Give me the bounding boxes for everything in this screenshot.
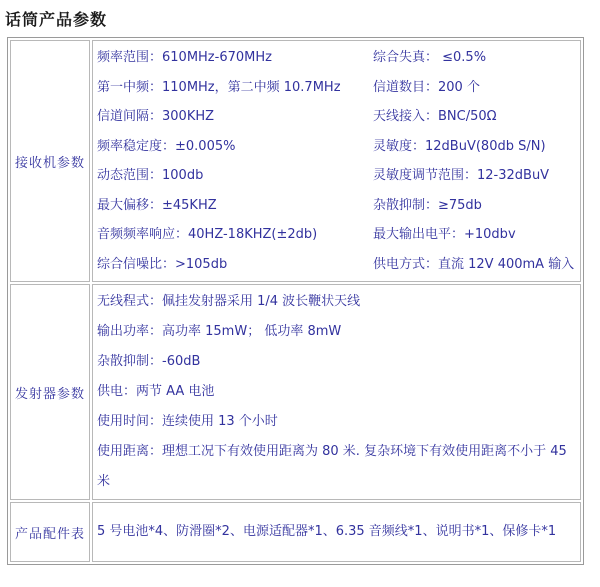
page-title: 话筒产品参数 — [0, 0, 600, 30]
spec-usage-distance: 使用距离：理想工况下有效使用距离为 80 米. 复杂环境下有效使用距离不小于 4… — [97, 437, 576, 497]
receiver-specs-left-column: 频率范围：610MHz-670MHz 第一中频：110MHz，第二中频 10.7… — [97, 43, 373, 279]
spec-signal-noise-ratio: 综合信噪比：>105db — [97, 250, 373, 280]
spec-total-distortion: 综合失真： ≤0.5% — [373, 43, 576, 73]
spec-frequency-stability: 频率稳定度：±0.005% — [97, 132, 373, 162]
spec-max-output-level: 最大输出电平：+10dbv — [373, 220, 576, 250]
transmitter-row-label: 发射器参数 — [10, 284, 90, 500]
transmitter-specs-cell: 无线程式：佩挂发射器采用 1/4 波长鞭状天线 输出功率：高功率 15mW； 低… — [92, 284, 581, 500]
spec-frequency-range: 频率范围：610MHz-670MHz — [97, 43, 373, 73]
spec-channel-spacing: 信道间隔：300KHZ — [97, 102, 373, 132]
spec-sensitivity: 灵敏度：12dBuV(80db S/N) — [373, 132, 576, 162]
spec-tx-spurious-rejection: 杂散抑制：-60dB — [97, 347, 576, 377]
spec-tx-power-supply: 供电：两节 AA 电池 — [97, 377, 576, 407]
accessories-row-label: 产品配件表 — [10, 502, 90, 562]
accessories-list: 5 号电池*4、防滑圈*2、电源适配器*1、6.35 音频线*1、说明书*1、保… — [97, 517, 576, 547]
receiver-specs-right-column: 综合失真： ≤0.5% 信道数目：200 个 天线接入：BNC/50Ω 灵敏度：… — [373, 43, 576, 279]
spec-dynamic-range: 动态范围：100db — [97, 161, 373, 191]
spec-wireless-mode: 无线程式：佩挂发射器采用 1/4 波长鞭状天线 — [97, 287, 576, 317]
spec-intermediate-frequency: 第一中频：110MHz，第二中频 10.7MHz — [97, 73, 373, 103]
spec-usage-time: 使用时间：连续使用 13 个小时 — [97, 407, 576, 437]
product-spec-table: 接收机参数 频率范围：610MHz-670MHz 第一中频：110MHz，第二中… — [7, 37, 584, 565]
receiver-row-label: 接收机参数 — [10, 40, 90, 282]
accessories-cell: 5 号电池*4、防滑圈*2、电源适配器*1、6.35 音频线*1、说明书*1、保… — [92, 502, 581, 562]
transmitter-row: 发射器参数 无线程式：佩挂发射器采用 1/4 波长鞭状天线 输出功率：高功率 1… — [10, 284, 581, 500]
page: 话筒产品参数 接收机参数 频率范围：610MHz-670MHz 第一中频：110… — [0, 0, 600, 587]
spec-audio-frequency-response: 音频频率响应：40HZ-18KHZ(±2db) — [97, 220, 373, 250]
spec-max-deviation: 最大偏移：±45KHZ — [97, 191, 373, 221]
receiver-row: 接收机参数 频率范围：610MHz-670MHz 第一中频：110MHz，第二中… — [10, 40, 581, 282]
spec-output-power: 输出功率：高功率 15mW； 低功率 8mW — [97, 317, 576, 347]
accessories-row: 产品配件表 5 号电池*4、防滑圈*2、电源适配器*1、6.35 音频线*1、说… — [10, 502, 581, 562]
spec-power-supply-mode: 供电方式：直流 12V 400mA 输入 — [373, 250, 576, 280]
spec-sensitivity-adjust-range: 灵敏度调节范围：12-32dBuV — [373, 161, 576, 191]
spec-antenna-connector: 天线接入：BNC/50Ω — [373, 102, 576, 132]
spec-spurious-rejection: 杂散抑制：≥75db — [373, 191, 576, 221]
spec-channel-count: 信道数目：200 个 — [373, 73, 576, 103]
receiver-specs-cell: 频率范围：610MHz-670MHz 第一中频：110MHz，第二中频 10.7… — [92, 40, 581, 282]
